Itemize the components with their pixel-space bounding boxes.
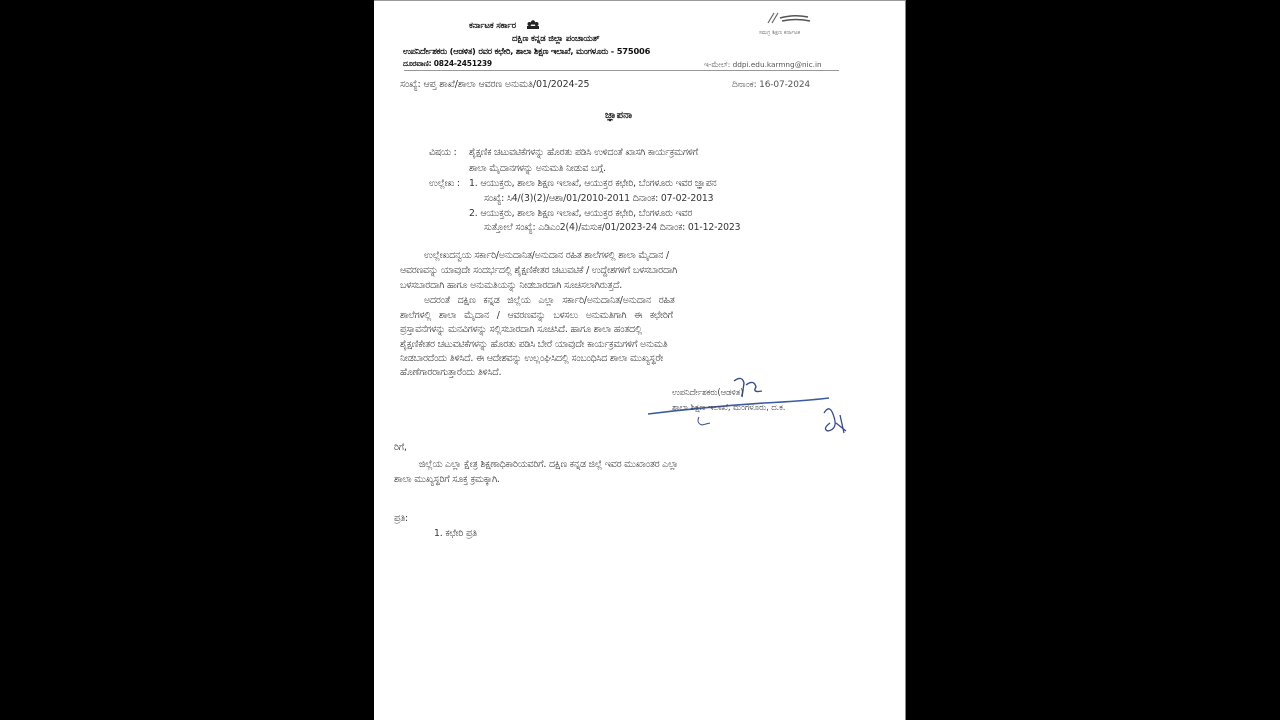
signature-office: ಶಾಲಾ ಶಿಕ್ಷಣ ಇಲಾಖೆ, ಮಂಗಳೂರು, ದ.ಕ. [672,403,785,413]
paragraph2-line6: ಹೊಣೆಗಾರರಾಗುತ್ತಾರೆಂದು ತಿಳಿಸಿದೆ. [400,367,501,378]
document-page: ಕರ್ನಾಟಕ ಸರ್ಕಾರ ಸಮಗ್ರ ಶಿಕ್ಷಣ ಕರ್ನಾಟಕ ದಕ್ಷ… [374,0,906,720]
reference-1-line2: ಸಂಖ್ಯೆ: ಸಿ4/(3)(2)/ಆಶಾ/01/2010-2011 ದಿನಾ… [484,193,713,204]
paragraph2-line5: ನೀಡಬಾರದೆಂದು ತಿಳಿಸಿದೆ. ಈ ಆದೇಶವನ್ನು ಉಲ್ಲಂಘ… [400,353,663,364]
recipient-label: ರಿಗೆ, [394,442,407,453]
paragraph2-line4: ಶೈಕ್ಷಣಿಕೇತರ ಚಟುವಟಿಕೆಗಳನ್ನು ಹೊರತು ಪಡಿಸಿ ಬ… [400,339,667,350]
paragraph2-line3: ಪ್ರಸ್ತಾವನೆಗಳನ್ನು ಮನವಿಗಳನ್ನು ಸಲ್ಲಿಸಬಾರದಾಗ… [400,324,642,335]
paragraph2-line1: ಅದರಂತೆ ದಕ್ಷಿಣ ಕನ್ನಡ ಜಿಲ್ಲೆಯ ಎಲ್ಲಾ ಸರ್ಕಾರ… [424,295,674,306]
subject-line2: ಶಾಲಾ ಮೈದಾನಗಳನ್ನು ಅನುಮತಿ ನೀಡುವ ಬಗ್ಗೆ. [469,163,606,174]
letterhead-line1: ಕರ್ನಾಟಕ ಸರ್ಕಾರ [469,21,516,31]
reference-2-line2: ಸುತ್ತೋಲೆ ಸಂಖ್ಯೆ: ಎಡಿಎಂ2(4)/ಮಸುಕ/01/2023-… [484,222,740,233]
paragraph1-line2: ಆವರಣವನ್ನು ಯಾವುದೇ ಸಂದರ್ಭದಲ್ಲಿ ಶೈಕ್ಷಣಿಕೇತರ… [400,265,677,276]
letterhead-divider [404,70,839,71]
recipient-line2: ಶಾಲಾ ಮುಖ್ಯಸ್ಥರಿಗೆ ಸೂಕ್ತ ಕ್ರಮಕ್ಕಾಗಿ. [394,474,500,485]
signature-designation: ಉಪನಿರ್ದೇಶಕರು(ಆಡಳಿತ) [672,388,743,398]
references-label: ಉಲ್ಲೇಖ : [429,178,460,189]
state-emblem-icon [526,20,540,30]
letterhead-line2: ದಕ್ಷಿಣ ಕನ್ನಡ ಜಿಲ್ಲಾ ಪಂಚಾಯತ್ [512,34,599,44]
department-logo-icon: ಸಮಗ್ರ ಶಿಕ್ಷಣ ಕರ್ನಾಟಕ [754,9,834,39]
reference-date: ದಿನಾಂಕ: 16-07-2024 [732,80,810,90]
letterhead-email: ಇ-ಮೇಲ್: ddpi.edu.karmng@nic.in [704,60,822,70]
svg-text:ಸಮಗ್ರ ಶಿಕ್ಷಣ ಕರ್ನಾಟಕ: ಸಮಗ್ರ ಶಿಕ್ಷಣ ಕರ್ನಾಟಕ [759,30,801,36]
letterhead-office: ಉಪನಿರ್ದೇಶಕರು (ಆಡಳಿತ) ರವರ ಕಛೇರಿ, ಶಾಲಾ ಶಿಕ… [403,46,650,57]
paragraph1-line1: ಉಲ್ಲೇಖದನ್ವಯ ಸರ್ಕಾರಿ/ಅನುದಾನಿತ/ಅನುದಾನ ರಹಿತ… [424,250,669,261]
reference-2-line1: 2. ಆಯುಕ್ತರು, ಶಾಲಾ ಶಿಕ್ಷಣ ಇಲಾಖೆ, ಆಯುಕ್ತರ … [469,208,692,219]
subject-label: ವಿಷಯ : [429,147,457,158]
paragraph1-line3: ಬಳಸಬಾರದಾಗಿ ಹಾಗೂ ಅನುಮತಿಯನ್ನು ನೀಡಬಾರದಾಗಿ ಸ… [400,280,622,291]
copy-label: ಪ್ರತಿ: [394,513,408,524]
memo-title: ಜ್ಞಾಪನಾ [605,110,632,121]
copy-item-1: 1. ಕಛೇರಿ ಪ್ರತಿ [434,528,477,539]
reference-number: ಸಂಖ್ಯೆ: ಆಪ್ತ ಶಾಖೆ/ಶಾಲಾ ಆವರಣ ಅನುಮತಿ/01/20… [400,79,589,90]
reference-1-line1: 1. ಆಯುಕ್ತರು, ಶಾಲಾ ಶಿಕ್ಷಣ ಇಲಾಖೆ, ಆಯುಕ್ತರ … [469,178,716,189]
letterhead-phone: ದೂರವಾಣಿ: 0824-2451239 [403,59,492,69]
paragraph2-line2: ಶಾಲೆಗಳಲ್ಲಿ ಶಾಲಾ ಮೈದಾನ / ಆವರಣವನ್ನು ಬಳಸಲು … [400,310,673,321]
subject-line1: ಶೈಕ್ಷಣಿಕ ಚಟುವಟಿಕೆಗಳನ್ನು ಹೊರತು ಪಡಿಸಿ ಉಳಿದ… [469,147,698,158]
recipient-line1: ಜಿಲ್ಲೆಯ ಎಲ್ಲಾ ಕ್ಷೇತ್ರ ಶಿಕ್ಷಣಾಧಿಕಾರಿಯವರಿಗ… [419,459,678,470]
